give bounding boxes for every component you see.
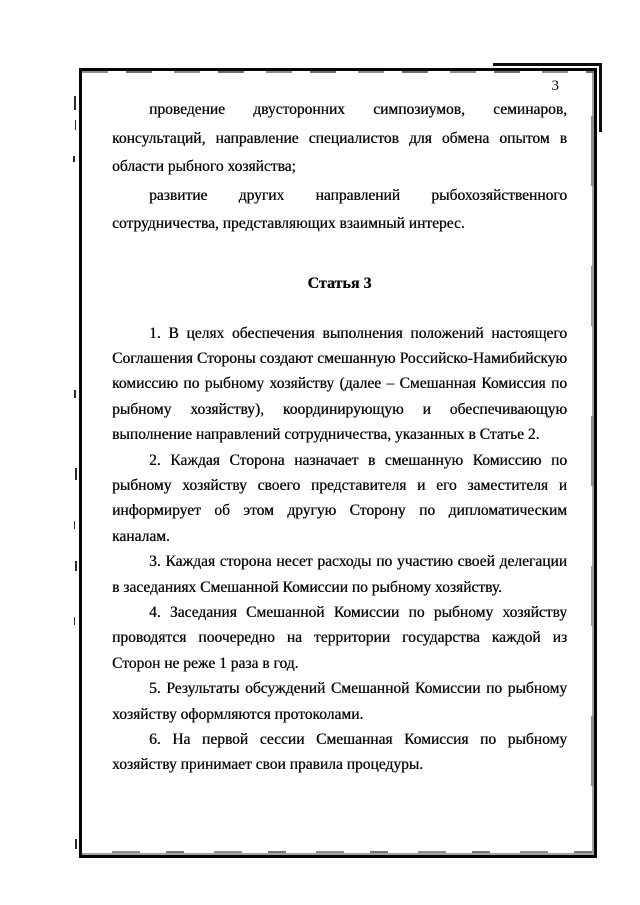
article-heading: Статья 3 [112, 273, 567, 295]
article-paragraph-4: 4. Заседания Смешанной Комиссии по рыбно… [112, 600, 567, 676]
article-paragraph-6: 6. На первой сессии Смешанная Комиссия п… [112, 727, 567, 778]
clause-other-directions: развитие других направлений рыбохозяйств… [112, 182, 567, 239]
scan-artifact [75, 839, 77, 849]
scan-artifact [74, 521, 75, 529]
scanned-document-page: 3 проведение двусторонних симпозиумов, с… [0, 0, 640, 905]
page-content: 3 проведение двусторонних симпозиумов, с… [82, 71, 594, 855]
scan-artifact [73, 156, 75, 162]
scan-artifact [74, 96, 76, 110]
article-paragraph-2: 2. Каждая Сторона назначает в смешанную … [112, 448, 567, 550]
article-paragraph-5: 5. Результаты обсуждений Смешанной Комис… [112, 676, 567, 727]
scan-artifact [74, 617, 75, 625]
article-paragraph-1: 1. В целях обеспечения выполнения положе… [112, 321, 567, 448]
scan-artifact [75, 561, 77, 571]
article-paragraph-3: 3. Каждая сторона несет расходы по участ… [112, 549, 567, 600]
scan-artifact [74, 390, 76, 398]
clause-symposiums: проведение двусторонних симпозиумов, сем… [112, 96, 567, 182]
scan-artifact [75, 468, 77, 480]
page-frame: 3 проведение двусторонних симпозиумов, с… [79, 68, 597, 858]
scan-artifact [75, 120, 76, 130]
page-number: 3 [112, 77, 567, 95]
